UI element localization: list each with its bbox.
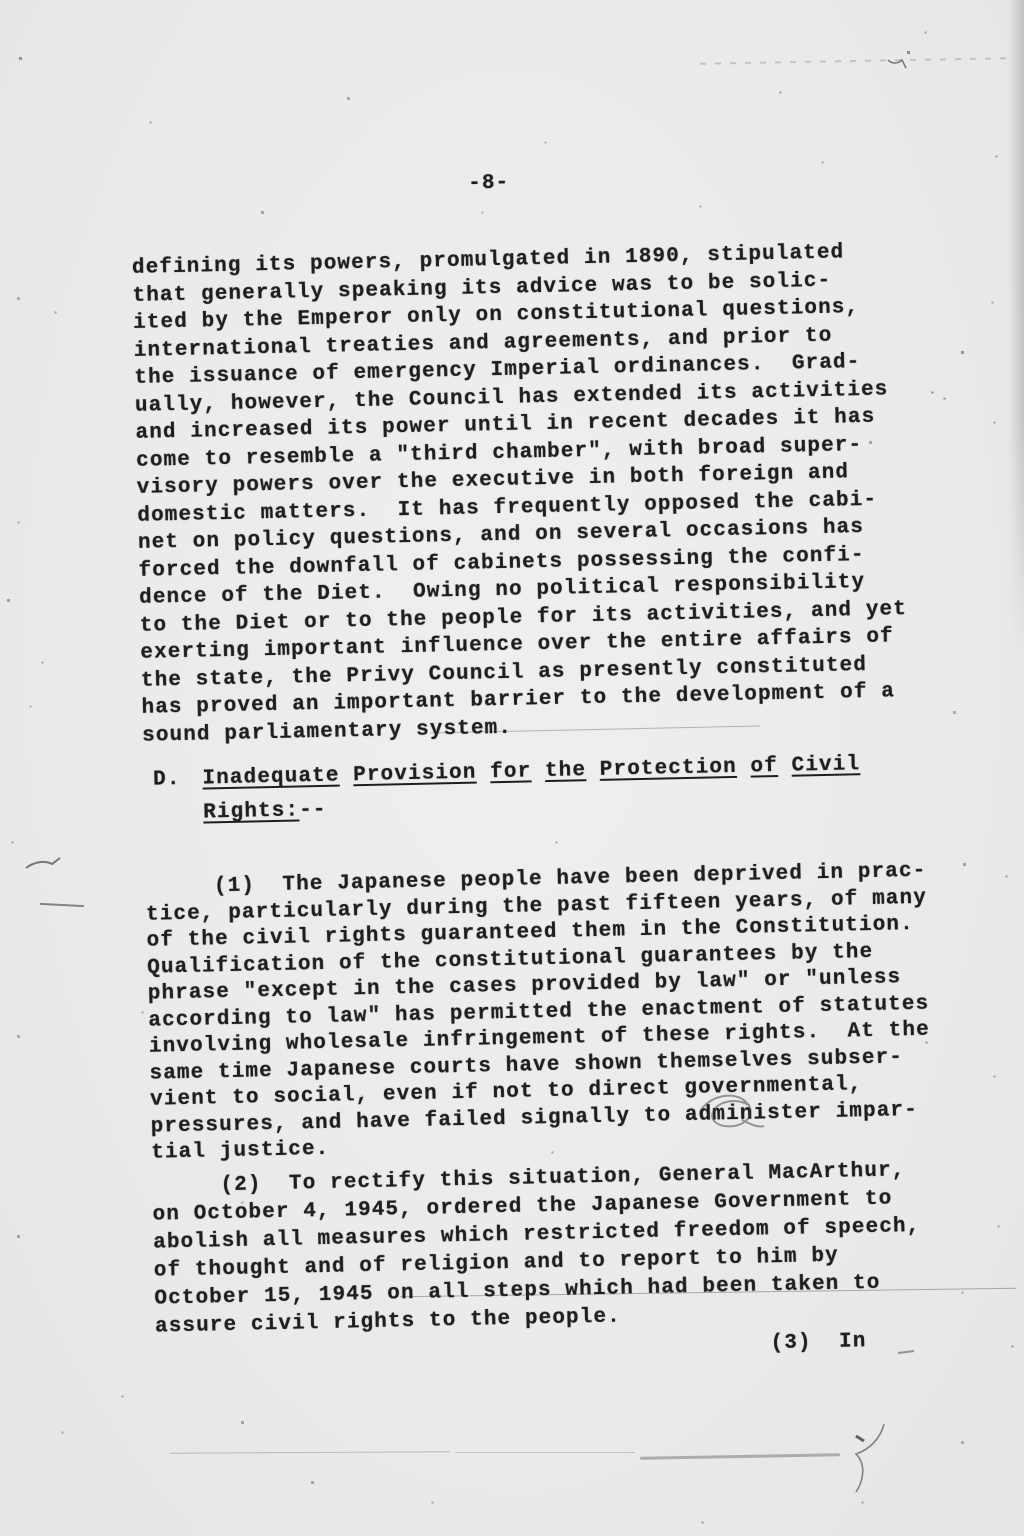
smudge-mark [888,60,906,68]
typewritten-text-block: -8- defining its powers, promulgated in … [130,160,988,1368]
numbered-paragraph-1: (1) The Japanese people have been depriv… [145,858,983,1168]
section-title-line2-dashes: -- [299,799,327,823]
heading-word: of [750,755,778,779]
numbered-paragraph-2: (2) To rectify this situation, General M… [152,1155,987,1341]
heading-word: for [490,760,532,784]
heading-word: Protection [600,756,738,782]
pencil-dash-mark [40,903,84,907]
scanned-document-page: -8- defining its powers, promulgated in … [0,0,1024,1536]
page-number: -8- [468,160,962,199]
pencil-squiggle-mark [26,858,60,868]
smudge-mark [455,1452,635,1453]
paper-specks [0,0,1,1]
heading-word: the [545,759,587,783]
intro-paragraph: defining its powers, promulgated in 1890… [132,237,975,750]
section-title: Inadequate Provision for the Protection … [202,748,861,830]
hook-mark [856,1424,884,1492]
section-title-line2-text: Rights: [203,799,299,824]
section-heading: D. Inadequate Provision for the Protecti… [153,746,976,832]
smudge-mark [700,57,1012,64]
heading-word: Inadequate [202,765,340,791]
scan-edge-shadow [1008,0,1024,660]
heading-word: Civil [791,753,860,777]
ink-blot [856,1436,864,1441]
heading-word: Provision [353,762,477,788]
smudge-mark [170,1451,450,1453]
catchword: (3) In [770,1327,987,1355]
section-label: D. [153,763,182,832]
smudge-mark [640,1453,840,1459]
